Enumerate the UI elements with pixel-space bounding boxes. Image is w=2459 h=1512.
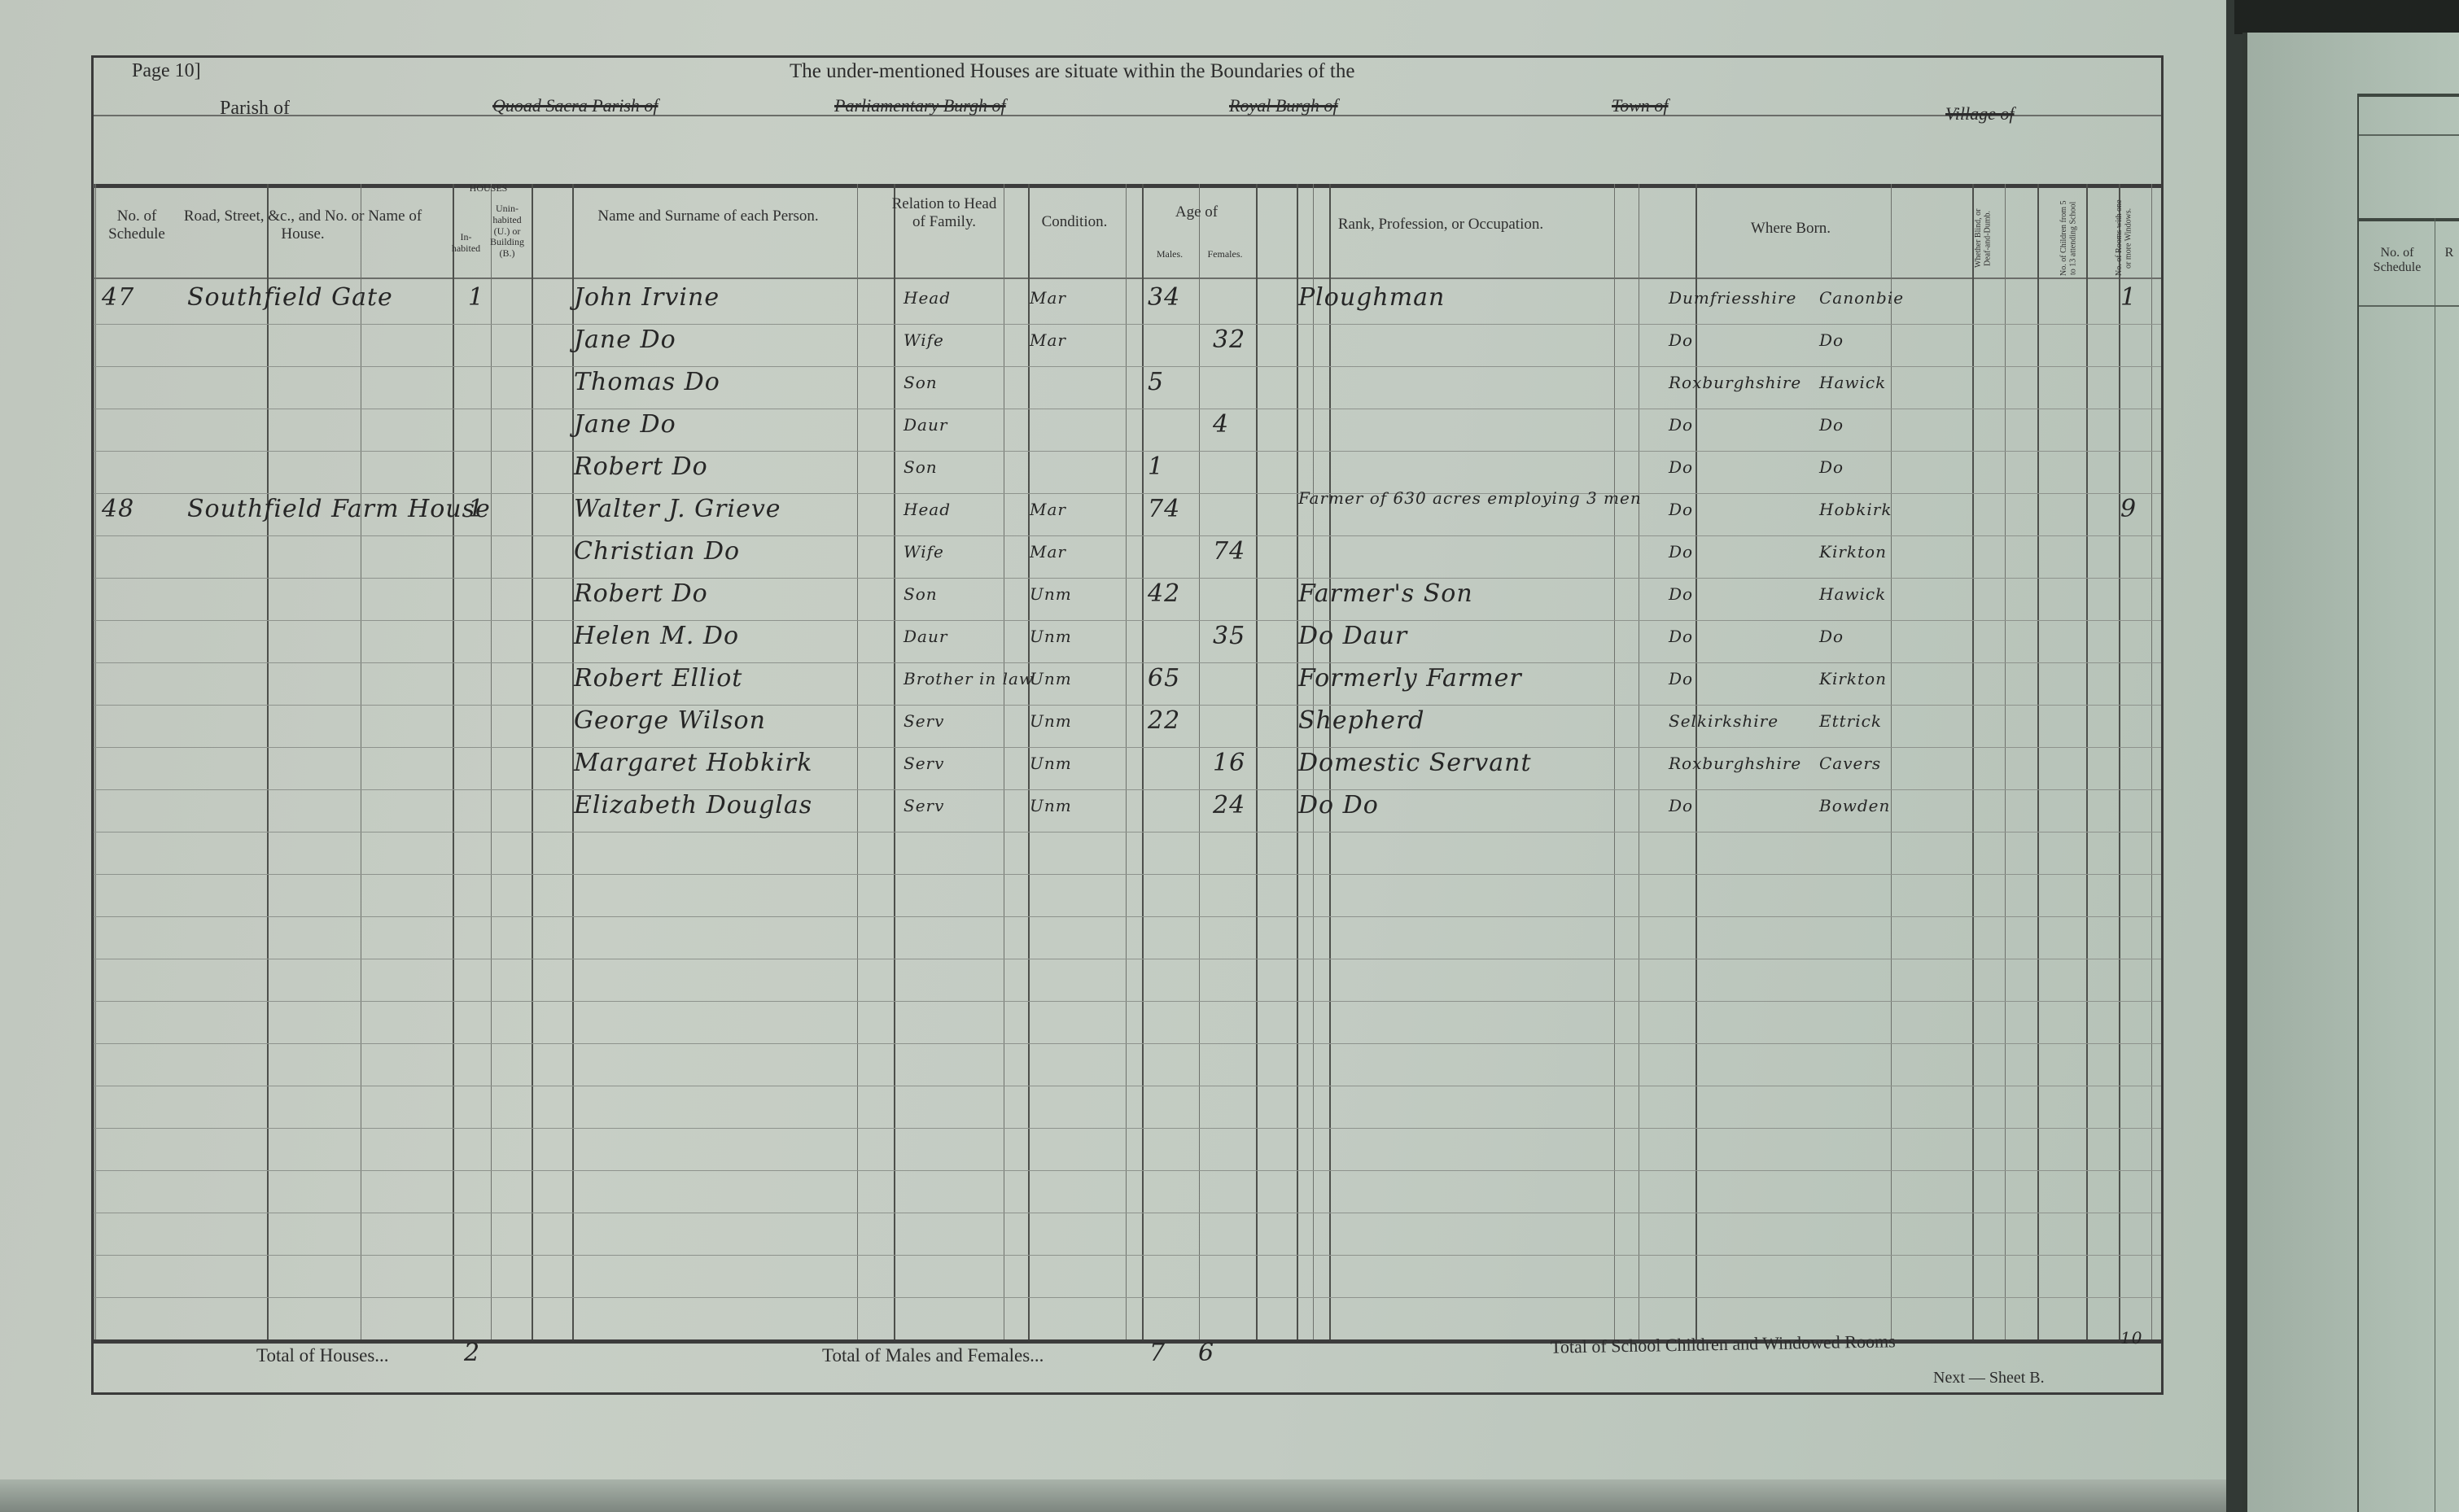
row-rule (94, 1086, 2161, 1086)
person-born-parish: Kirkton (1819, 542, 1887, 562)
person-name: Helen M. Do (574, 622, 739, 650)
person-name: Robert Elliot (574, 664, 742, 693)
person-occupation: Domestic Servant (1298, 749, 1532, 777)
column-rule (532, 184, 533, 1339)
person-relation: Serv (904, 796, 944, 815)
person-name: George Wilson (574, 706, 766, 735)
house-address: Southfield Gate (187, 283, 393, 312)
row-rule (94, 874, 2161, 875)
person-occupation: Farmer's Son (1298, 579, 1473, 608)
person-born-county: Do (1669, 627, 1693, 646)
total-females-value: 6 (1198, 1339, 1214, 1367)
person-age-female: 35 (1213, 622, 1245, 650)
person-born-parish: Kirkton (1819, 669, 1887, 688)
column-rule (453, 184, 454, 1339)
header-condition: Condition. (1026, 213, 1123, 231)
row-rule (94, 1170, 2161, 1171)
column-rule (361, 184, 361, 1339)
person-relation: Daur (904, 627, 947, 646)
header-relation: Relation to Head of Family. (891, 195, 997, 231)
book-gutter (2226, 0, 2244, 1512)
row-rule (94, 832, 2161, 832)
boundary-parliamentary-burgh: Parliamentary Burgh of (834, 96, 1006, 116)
person-name: Thomas Do (574, 368, 720, 396)
person-age-male: 65 (1148, 664, 1180, 693)
column-rule (1142, 184, 1144, 1339)
person-born-county: Selkirkshire (1669, 711, 1779, 731)
person-born-parish: Do (1819, 457, 1844, 477)
person-born-parish: Do (1819, 415, 1844, 435)
row-rule (94, 451, 2161, 452)
column-rule (2037, 184, 2039, 1339)
person-occupation: Shepherd (1298, 706, 1424, 735)
header-age-males: Males. (1141, 249, 1198, 260)
row-rule (94, 1297, 2161, 1298)
page-edge-shadow (2234, 0, 2459, 34)
column-rule (1639, 184, 1639, 1339)
header-name: Name and Surname of each Person. (570, 208, 847, 225)
row-rule (94, 1128, 2161, 1129)
row-rule (94, 409, 2161, 409)
header-schedule: No. of Schedule (96, 208, 177, 243)
schedule-number: 47 (102, 283, 134, 312)
person-relation: Son (904, 457, 938, 477)
row-rule (94, 662, 2161, 663)
row-rule (94, 789, 2161, 790)
column-rule (1126, 184, 1127, 1339)
person-name: Margaret Hobkirk (574, 749, 812, 777)
next-sheet-label: Next — Sheet B. (1933, 1369, 2045, 1387)
header-rooms: No. of Rooms with one or more Windows. (2115, 199, 2133, 277)
row-rule (94, 916, 2161, 917)
person-born-county: Do (1669, 415, 1693, 435)
person-relation: Wife (904, 330, 944, 350)
schedule-number: 48 (102, 495, 134, 523)
header-school-children: No. of Children from 5 to 13 attending S… (2059, 199, 2078, 277)
row-rule (94, 366, 2161, 367)
person-age-female: 4 (1213, 410, 1229, 439)
person-age-male: 34 (1148, 283, 1180, 312)
person-name: Christian Do (574, 537, 740, 566)
column-rule (1614, 184, 1615, 1339)
row-rule (94, 959, 2161, 959)
row-rule (94, 1001, 2161, 1002)
row-rule (94, 578, 2161, 579)
person-relation: Serv (904, 711, 944, 731)
person-born-county: Dumfriesshire (1669, 288, 1796, 308)
column-rule (2151, 184, 2152, 1339)
column-rule (1972, 184, 1974, 1339)
person-born-county: Do (1669, 330, 1693, 350)
total-houses-value: 2 (464, 1339, 480, 1367)
person-condition: Unm (1030, 754, 1072, 773)
person-relation: Head (904, 500, 951, 519)
person-born-county: Roxburghshire (1669, 754, 1801, 773)
header-age: Age of (1148, 203, 1245, 221)
person-condition: Mar (1030, 500, 1066, 519)
adjacent-page: No. of Schedule R (2242, 33, 2459, 1512)
person-born-county: Do (1669, 500, 1693, 519)
boundaries-heading: The under-mentioned Houses are situate w… (790, 60, 1354, 83)
person-born-parish: Hawick (1819, 584, 1886, 604)
row-rule (94, 535, 2161, 536)
column-rule (95, 184, 96, 1339)
person-age-male: 22 (1148, 706, 1180, 735)
adjacent-header-schedule: No. of Schedule (2361, 246, 2433, 276)
person-born-parish: Hobkirk (1819, 500, 1892, 519)
column-rule (857, 184, 858, 1339)
person-condition: Mar (1030, 330, 1066, 350)
person-born-county: Do (1669, 457, 1693, 477)
person-name: Walter J. Grieve (574, 495, 781, 523)
person-born-county: Roxburghshire (1669, 373, 1801, 392)
rule (94, 115, 2161, 116)
person-relation: Brother in law (904, 669, 1034, 688)
person-condition: Unm (1030, 796, 1072, 815)
person-condition: Unm (1030, 669, 1072, 688)
row-rule (94, 747, 2161, 748)
column-rule (94, 184, 94, 1339)
person-born-parish: Ettrick (1819, 711, 1882, 731)
person-name: Robert Do (574, 579, 708, 608)
person-born-parish: Bowden (1819, 796, 1890, 815)
header-occupation: Rank, Profession, or Occupation. (1286, 216, 1595, 234)
houses-inhabited: 1 (468, 495, 484, 523)
person-relation: Son (904, 584, 938, 604)
boundary-quoad-sacra: Quoad Sacra Parish of (492, 96, 659, 116)
column-rule (2086, 184, 2088, 1339)
person-age-male: 5 (1148, 368, 1164, 396)
person-age-male: 1 (1148, 452, 1164, 481)
boundary-village: Village of (1945, 104, 2015, 124)
row-rule (94, 1213, 2161, 1213)
person-occupation: Ploughman (1298, 283, 1445, 312)
person-born-county: Do (1669, 796, 1693, 815)
adjacent-header-partial: R (2441, 246, 2457, 260)
header-uninhabited: Unin-habited (U.) or Building (B.) (487, 203, 527, 260)
person-age-male: 42 (1148, 579, 1180, 608)
house-address: Southfield Farm House (187, 495, 491, 523)
person-occupation: Farmer of 630 acres employing 3 men (1298, 488, 1642, 508)
header-where-born: Where Born. (1693, 220, 1888, 238)
person-born-parish: Canonbie (1819, 288, 1904, 308)
boundary-town: Town of (1612, 96, 1669, 116)
person-born-parish: Do (1819, 627, 1844, 646)
person-born-county: Do (1669, 669, 1693, 688)
header-houses: HOUSES (452, 183, 525, 194)
person-age-female: 74 (1213, 537, 1245, 566)
person-relation: Head (904, 288, 951, 308)
row-rule (94, 324, 2161, 325)
column-rule (1199, 184, 1200, 1339)
person-name: Robert Do (574, 452, 708, 481)
header-age-females: Females. (1197, 249, 1254, 260)
person-age-male: 74 (1148, 495, 1180, 523)
person-age-female: 24 (1213, 791, 1245, 819)
person-born-county: Do (1669, 542, 1693, 562)
row-rule (94, 620, 2161, 621)
column-rule (1891, 184, 1892, 1339)
row-rule (94, 493, 2161, 494)
person-born-parish: Do (1819, 330, 1844, 350)
rule (94, 184, 2161, 188)
column-rule (1256, 184, 1258, 1339)
row-rule (94, 705, 2161, 706)
person-relation: Daur (904, 415, 947, 435)
boundary-royal-burgh: Royal Burgh of (1229, 96, 1338, 116)
column-rule (491, 184, 492, 1339)
total-school-value: 10 (2120, 1328, 2142, 1348)
page-label: Page 10] (132, 60, 201, 81)
header-blind-deaf: Whether Blind, or Deaf-and-Dumb. (1974, 203, 1993, 273)
header-address: Road, Street, &c., and No. or Name of Ho… (181, 208, 425, 243)
person-condition: Unm (1030, 584, 1072, 604)
row-rule (94, 1255, 2161, 1256)
windowed-rooms: 1 (2120, 283, 2137, 312)
person-condition: Mar (1030, 288, 1066, 308)
person-relation: Wife (904, 542, 944, 562)
total-houses-label: Total of Houses... (256, 1345, 389, 1366)
houses-inhabited: 1 (468, 283, 484, 312)
windowed-rooms: 9 (2120, 495, 2137, 523)
person-born-parish: Hawick (1819, 373, 1886, 392)
person-name: Elizabeth Douglas (574, 791, 812, 819)
column-rule (894, 184, 895, 1339)
total-males-value: 7 (1149, 1339, 1166, 1367)
parish-label: Parish of (220, 98, 290, 119)
person-condition: Unm (1030, 711, 1072, 731)
column-rule (2005, 184, 2006, 1339)
header-inhabited: In-habited (448, 232, 484, 255)
column-rule (1004, 184, 1004, 1339)
rule (94, 277, 2161, 279)
row-rule (94, 1043, 2161, 1044)
person-relation: Serv (904, 754, 944, 773)
person-born-parish: Cavers (1819, 754, 1881, 773)
person-condition: Unm (1030, 627, 1072, 646)
person-name: Jane Do (574, 326, 676, 354)
person-born-county: Do (1669, 584, 1693, 604)
person-age-female: 32 (1213, 326, 1245, 354)
census-page: Page 10] The under-mentioned Houses are … (0, 0, 2234, 1512)
total-persons-label: Total of Males and Females... (822, 1345, 1044, 1366)
person-condition: Mar (1030, 542, 1066, 562)
person-occupation: Formerly Farmer (1298, 664, 1522, 693)
column-rule (267, 184, 269, 1339)
person-name: Jane Do (574, 410, 676, 439)
person-name: John Irvine (574, 283, 720, 312)
person-occupation: Do Do (1298, 791, 1379, 819)
person-occupation: Do Daur (1298, 622, 1407, 650)
column-rule (2119, 184, 2120, 1339)
person-age-female: 16 (1213, 749, 1245, 777)
person-relation: Son (904, 373, 938, 392)
